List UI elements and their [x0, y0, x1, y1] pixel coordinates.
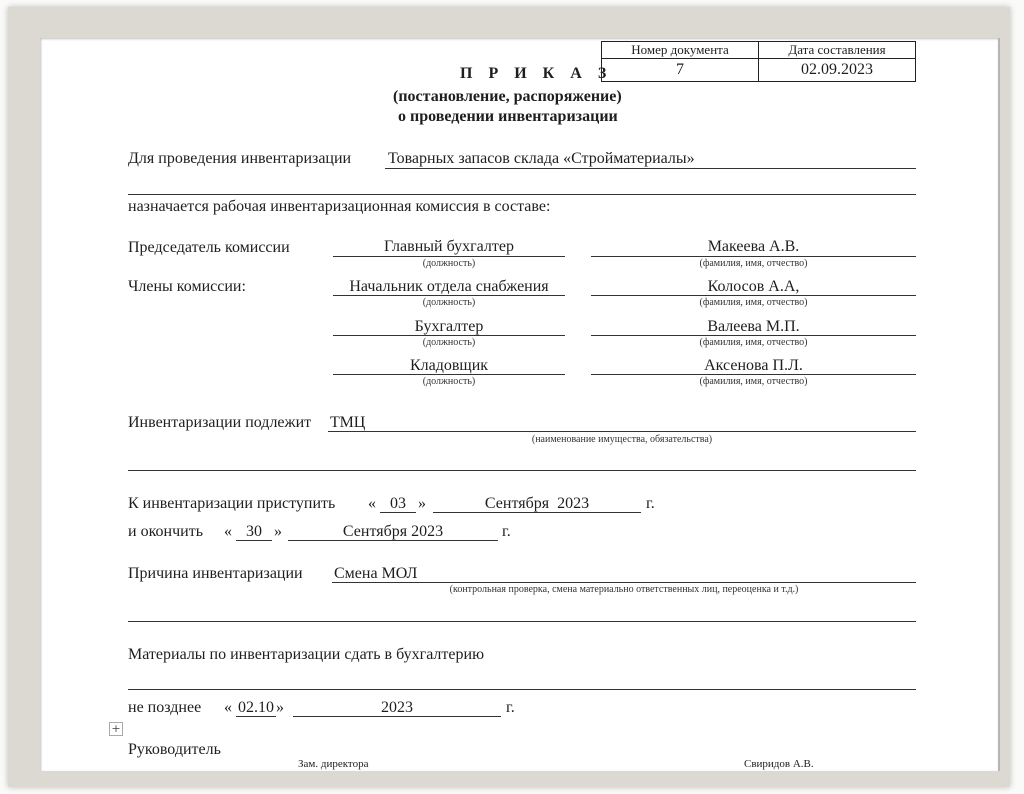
- inventory-for-value[interactable]: Товарных запасов склада «Стройматериалы»: [388, 150, 695, 168]
- deadline-day[interactable]: 02.10: [236, 699, 276, 717]
- commission-name[interactable]: Колосов А.А,: [591, 278, 916, 296]
- document-frame: Номер документа Дата составления 7 02.09…: [8, 7, 1010, 787]
- commission-position[interactable]: Кладовщик: [333, 357, 565, 375]
- head-position[interactable]: Зам. директора: [298, 758, 368, 770]
- deadline-year[interactable]: 2023: [293, 699, 501, 717]
- reason-value[interactable]: Смена МОЛ: [334, 565, 417, 583]
- deadline-year-line: [293, 716, 501, 717]
- commission-position[interactable]: Главный бухгалтер: [333, 238, 565, 256]
- subject-to-value[interactable]: ТМЦ: [330, 414, 365, 432]
- end-close-quote: »: [274, 523, 282, 541]
- reason-line: [332, 582, 916, 583]
- position-line: [333, 374, 565, 375]
- name-caption: (фамилия, имя, отчество): [591, 376, 916, 387]
- commission-intro: назначается рабочая инвентаризационная к…: [128, 198, 550, 216]
- doc-info-table: Номер документа Дата составления 7 02.09…: [601, 41, 916, 82]
- reason-line-2: [128, 621, 916, 622]
- name-line: [591, 256, 916, 257]
- end-open-quote: «: [224, 523, 232, 541]
- deadline-suffix: г.: [506, 699, 515, 717]
- doc-date-value[interactable]: 02.09.2023: [759, 59, 916, 82]
- position-caption: (должность): [333, 376, 565, 387]
- start-day[interactable]: 03: [380, 495, 416, 513]
- name-line: [591, 335, 916, 336]
- document-page: Номер документа Дата составления 7 02.09…: [40, 38, 998, 771]
- inventory-for-line: [385, 168, 916, 169]
- start-month-line: [433, 512, 641, 513]
- chair-label: Председатель комиссии: [128, 239, 290, 257]
- end-month-year[interactable]: Сентября 2023: [288, 523, 498, 541]
- doc-number-value[interactable]: 7: [602, 59, 759, 82]
- name-caption: (фамилия, имя, отчество): [591, 258, 916, 269]
- deadline-label: не позднее: [128, 699, 201, 717]
- members-label: Члены комиссии:: [128, 278, 246, 296]
- commission-name[interactable]: Валеева М.П.: [591, 318, 916, 336]
- document-subtitle: (постановление, распоряжение): [393, 88, 622, 106]
- name-line: [591, 295, 916, 296]
- name-caption: (фамилия, имя, отчество): [591, 337, 916, 348]
- doc-date-header: Дата составления: [759, 42, 916, 59]
- end-day[interactable]: 30: [236, 523, 272, 541]
- position-line: [333, 335, 565, 336]
- subject-to-caption: (наименование имущества, обязательства): [328, 434, 916, 445]
- end-suffix: г.: [502, 523, 511, 541]
- deadline-open-quote: «: [224, 699, 232, 717]
- start-day-line: [380, 512, 416, 513]
- end-day-line: [236, 540, 272, 541]
- end-month-line: [288, 540, 498, 541]
- name-line: [591, 374, 916, 375]
- commission-position[interactable]: Начальник отдела снабжения: [333, 278, 565, 296]
- inventory-for-line-2: [128, 194, 916, 195]
- doc-number-header: Номер документа: [602, 42, 759, 59]
- start-label: К инвентаризации приступить: [128, 495, 335, 513]
- position-line: [333, 295, 565, 296]
- commission-name[interactable]: Аксенова П.Л.: [591, 357, 916, 375]
- position-caption: (должность): [333, 258, 565, 269]
- document-title: П Р И К А З: [460, 65, 612, 83]
- reason-label: Причина инвентаризации: [128, 565, 303, 583]
- name-caption: (фамилия, имя, отчество): [591, 297, 916, 308]
- start-close-quote: »: [418, 495, 426, 513]
- subject-to-line-2: [128, 470, 916, 471]
- position-caption: (должность): [333, 337, 565, 348]
- deadline-day-line: [236, 716, 276, 717]
- document-subject: о проведении инвентаризации: [398, 108, 618, 126]
- subject-to-line: [328, 431, 916, 432]
- materials-label: Материалы по инвентаризации сдать в бухг…: [128, 646, 484, 664]
- start-suffix: г.: [646, 495, 655, 513]
- end-label: и окончить: [128, 523, 203, 541]
- position-caption: (должность): [333, 297, 565, 308]
- table-move-handle-icon[interactable]: +: [109, 722, 123, 736]
- position-line: [333, 256, 565, 257]
- reason-caption: (контрольная проверка, смена материально…: [332, 584, 916, 595]
- start-open-quote: «: [368, 495, 376, 513]
- materials-line: [128, 689, 916, 690]
- head-label: Руководитель: [128, 741, 221, 759]
- inventory-for-label: Для проведения инвентаризации: [128, 150, 351, 168]
- start-month-year[interactable]: Сентября 2023: [433, 495, 641, 513]
- subject-to-label: Инвентаризации подлежит: [128, 414, 311, 432]
- deadline-close-quote: »: [276, 699, 284, 717]
- commission-name[interactable]: Макеева А.В.: [591, 238, 916, 256]
- head-name[interactable]: Свиридов А.В.: [744, 758, 814, 770]
- commission-position[interactable]: Бухгалтер: [333, 318, 565, 336]
